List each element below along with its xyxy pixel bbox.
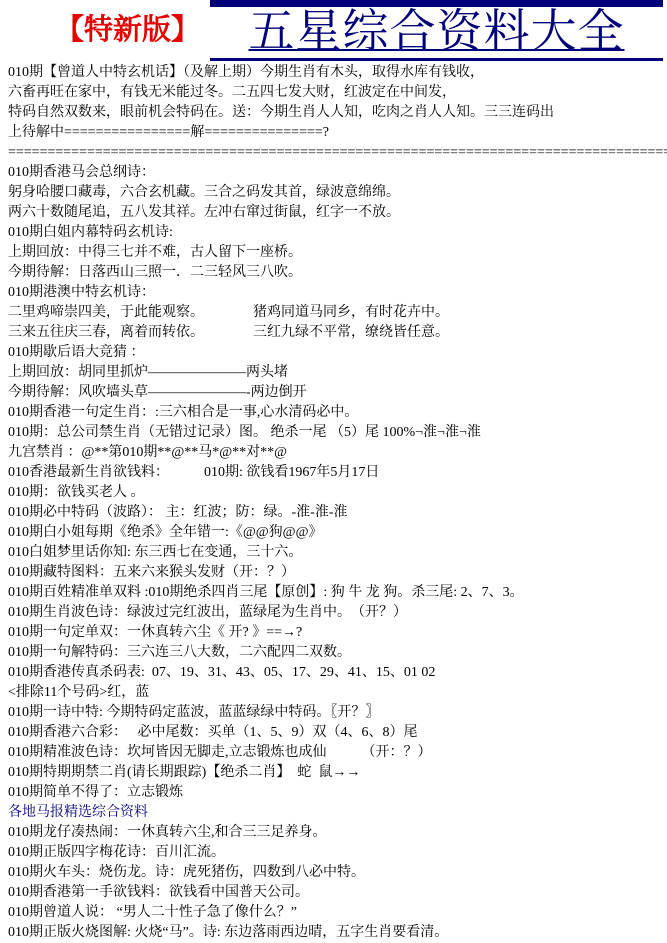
text-line: 六畜再旺在家中，有钱无米能过冬。二五四七发大财，红波定在中间发，: [8, 83, 667, 103]
text-line: 010期精准波色诗：坎坷皆因无脚走,立志锻炼也成仙 （开：？）: [8, 743, 667, 763]
text-line: 010期香港第一手欲钱料：欲钱看中国普天公司。: [8, 883, 667, 903]
separator-line: ========================================…: [8, 143, 667, 163]
text-line: 010期歇后语大竞猜 ：: [8, 343, 667, 363]
text-line: 上待解中================解===============?: [8, 123, 667, 143]
section-heading: 各地马报精选综合资料: [8, 803, 667, 823]
text-line: 010期一句解特码：三六连三八大数，二六配四二双数。: [8, 643, 667, 663]
text-line: 010期藏特图料：五来六来猴头发财（开：？）: [8, 563, 667, 583]
text-line: 010期曾道人说： “男人二十性子急了像什么？”: [8, 903, 667, 923]
text-line: 010期火车头：烧伤龙。诗：虎死猪伤，四数到八必中特。: [8, 863, 667, 883]
text-line: 010期龙仔凑热闹：一休真转六尘,和合三三足养身。: [8, 823, 667, 843]
text-line: 特码自然双数来，眼前机会特码在。送：今期生肖人人知，吃肉之肖人人知。三三连码出: [8, 103, 667, 123]
text-line: 010期生肖波色诗：绿波过完红波出，蓝绿尾为生肖中。 （开？）: [8, 603, 667, 623]
text-line: <排除11个号码>红，蓝: [8, 683, 667, 703]
text-line: 今期待解：风吹墙头草———————-两边倒开: [8, 383, 667, 403]
text-line: 010期【曾道人中特玄机话】（及解上期）今期生肖有木头，取得水库有钱收，: [8, 63, 667, 83]
text-line: 010期正版四字梅花诗：百川汇流。: [8, 843, 667, 863]
text-line: 010白姐梦里话你知: 东三西七在变通，三十六。: [8, 543, 667, 563]
content-area: 010期【曾道人中特玄机话】（及解上期）今期生肖有木头，取得水库有钱收，六畜再旺…: [0, 63, 667, 943]
text-line: 二里鸡啼崇四美，于此能观察。 猪鸡同道马同乡，有时花卉中。: [8, 303, 667, 323]
text-line: 010期香港马会总纲诗：: [8, 163, 667, 183]
page-title: 五星综合资料大全: [249, 7, 625, 57]
text-line: 010期一句定单双：一休真转六尘《 开? 》==→?: [8, 623, 667, 643]
text-line: 010期白姐内幕特码玄机诗:: [8, 223, 667, 243]
text-line: 010期香港六合彩： 必中尾数：买单（1、5、9）双（4、6、8）尾: [8, 723, 667, 743]
text-line: 010期：总公司禁生肖（无错过记录）图。 绝杀一尾 （5）尾 100%¬淮¬淮¬…: [8, 423, 667, 443]
title-block: 五星综合资料大全: [210, 0, 663, 61]
text-line: 两六十数随尾追，五八发其祥。左冲右窜过街鼠，红字一不放。: [8, 203, 667, 223]
text-line: 010期特期期禁二肖(请长期跟踪)【绝杀二肖】 蛇 鼠→→: [8, 763, 667, 783]
text-line: 九宫禁肖 ：@**第010期**@**马*@**对**@: [8, 443, 667, 463]
text-line: 三来五往庆三春，离着而转依。 三红九绿不平常，缭绕皆任意。: [8, 323, 667, 343]
page-header: 【特新版】 五星综合资料大全: [0, 0, 667, 63]
text-line: 010香港最新生肖欲钱料： 010期: 欲钱看1967年5月17日: [8, 463, 667, 483]
text-line: 010期香港传真杀码表: 07、19、31、43、05、17、29、41、15、…: [8, 663, 667, 683]
text-line: 010期：欲钱买老人 。: [8, 483, 667, 503]
text-line: 010期港澳中特玄机诗：: [8, 283, 667, 303]
text-line: 010期一诗中特: 今期特码定蓝波，蓝蓝绿绿中特码。〖开？〗: [8, 703, 667, 723]
edition-badge: 【特新版】: [55, 14, 200, 46]
text-line: 010期香港一句定生肖：:三六相合是一事,心水清码必中。: [8, 403, 667, 423]
text-line: 上期回放：中得三七并不难，古人留下一座桥。: [8, 243, 667, 263]
text-line: 今期待解：日落西山三照一．二三轻风三八吹。: [8, 263, 667, 283]
text-line: 010期简单不得了：立志锻炼: [8, 783, 667, 803]
text-line: 010期百姓精准单双料 :010期绝杀四肖三尾【原创】: 狗 牛 龙 狗。杀三尾…: [8, 583, 667, 603]
page: 【特新版】 五星综合资料大全 010期【曾道人中特玄机话】（及解上期）今期生肖有…: [0, 0, 667, 943]
text-line: 上期回放：胡同里抓炉———————两头堵: [8, 363, 667, 383]
text-line: 010期正版火烧图解: 火烧“马”。诗: 东边落雨西边晴，五字生肖要看清。: [8, 923, 667, 943]
text-line: 010期白小姐每期《绝杀》全年错一:《@@狗@@》: [8, 523, 667, 543]
text-line: 躬身哈腰口藏毒，六合玄机藏。三合之码发其首，绿波意绵绵。: [8, 183, 667, 203]
text-line: 010期必中特码（波路）： 主：红波；防：绿。-淮-淮-淮: [8, 503, 667, 523]
